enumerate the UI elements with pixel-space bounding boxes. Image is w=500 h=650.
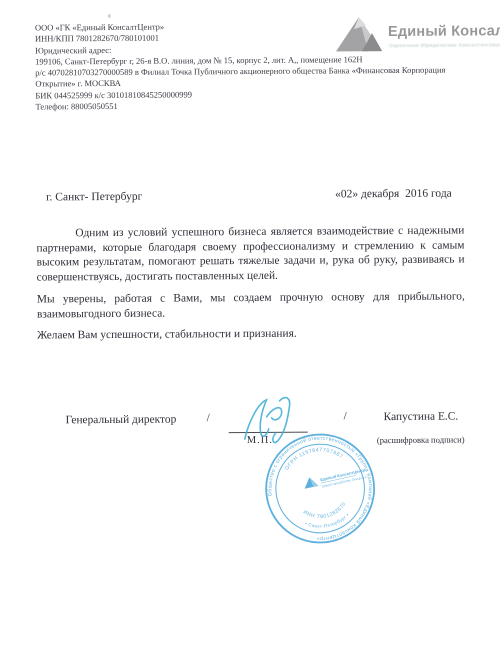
stamp-center-logo: Единый КонсалтЦентр United ConsultCenter… [302,465,368,492]
signatory-title: Генеральный директор [66,414,177,427]
scan-artifact [108,14,111,18]
phone-line: Телефон: 88005050551 [35,99,445,113]
signature-separator-left: / [207,412,210,424]
company-stamp: Общество с ограниченной ответственностью… [253,422,386,555]
letter-date: «02» декабря 2016 года [335,188,452,201]
signature-caption: (расшифровка подписи) [377,435,465,446]
body-paragraph-2: Мы уверены, работая с Вами, мы создаем п… [37,289,465,321]
scanned-letter-page: ООО «ГК «Единый КонсалтЦентр» ИНН/КПП 78… [0,0,500,650]
letterhead-details: ООО «ГК «Единый КонсалтЦентр» ИНН/КПП 78… [35,20,446,113]
signatory-name: Капустина Е.С. [384,411,459,424]
pyramid-logo-icon [334,15,384,53]
signature-separator-right: / [344,410,347,422]
logo-tagline: Оценочные Юридические Консалтинговые усл… [389,43,500,49]
letter-city: г. Санкт- Петербург [46,191,142,204]
logo-company-name: Единый КонсалтЦентр [388,23,500,40]
body-paragraph-1: Одним из условий успешного бизнеса являе… [36,224,464,286]
body-paragraph-3: Желаем Вам успешности, стабильности и пр… [37,325,465,343]
letter-content: ООО «ГК «Единый КонсалтЦентр» ИНН/КПП 78… [0,0,500,650]
